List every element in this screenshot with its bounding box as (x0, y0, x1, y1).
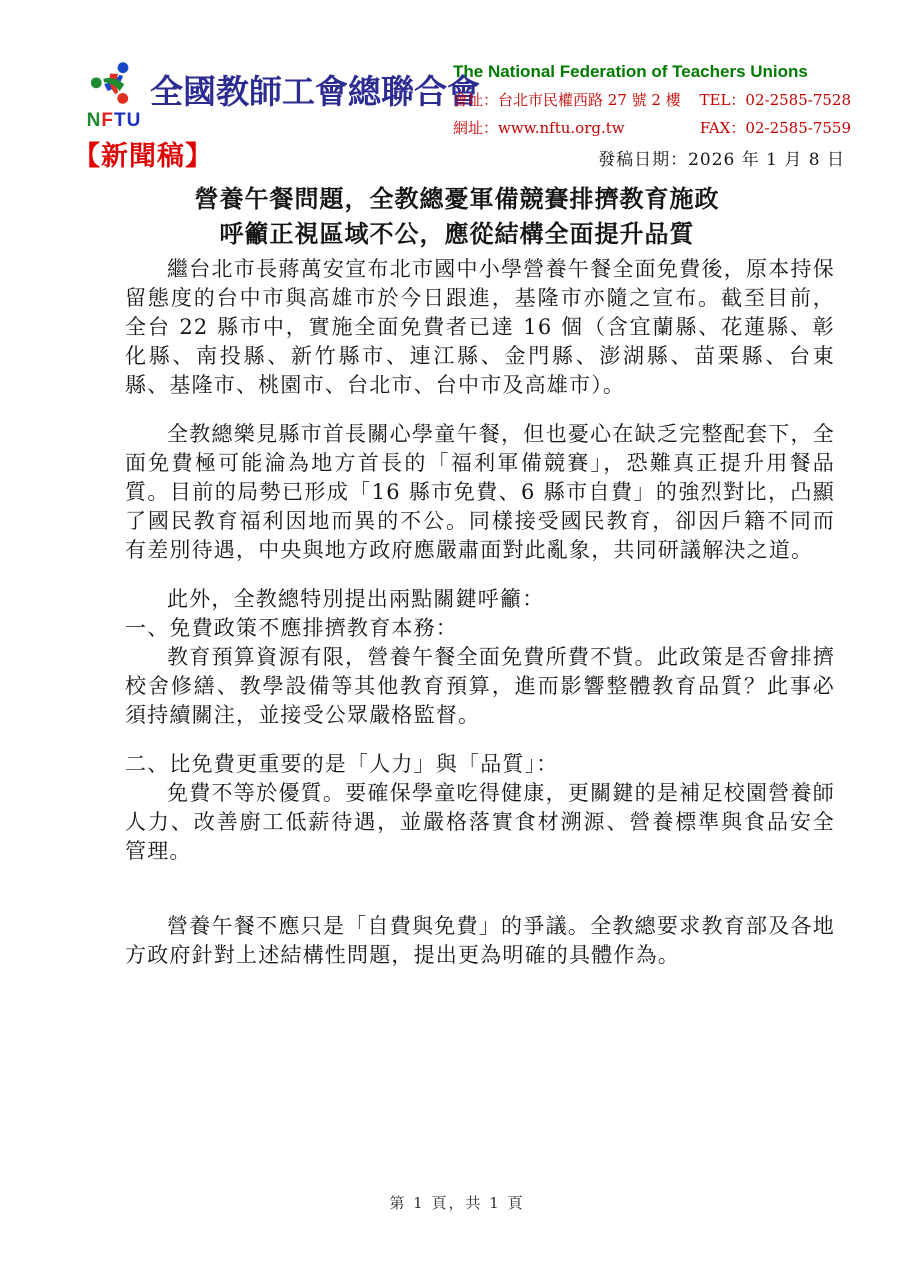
nftu-logo: NFTU (84, 56, 144, 130)
release-date: 發稿日期：2026 年 1 月 8 日 (598, 145, 845, 173)
nftu-letter: U (127, 110, 142, 131)
document-body: 繼台北市長蔣萬安宣布北市國中小學營養午餐全面免費後，原本持保留態度的台中市與高雄… (125, 255, 835, 970)
heading-point-2: 二、比免費更重要的是「人力」與「品質」： (125, 750, 835, 779)
press-release-tag: 【新聞稿】 (73, 134, 213, 173)
press-release-page: NFTU 全國教師工會總聯合會 The National Federation … (0, 0, 914, 1280)
paragraph-point-1: 教育預算資源有限，營養午餐全面免費所費不貲。此政策是否會排擠校舍修繕、教學設備等… (125, 643, 835, 730)
org-address: 會址：台北市民權西路 27 號 2 樓 (453, 89, 681, 110)
nftu-acronym: NFTU (84, 111, 144, 130)
nftu-logo-icon (87, 56, 141, 110)
nftu-letter: N (87, 110, 102, 131)
page-number: 第 1 頁，共 1 頁 (0, 1192, 914, 1213)
paragraph-concern: 全教總樂見縣市首長關心學童午餐，但也憂心在缺乏完整配套下，全面免費極可能淪為地方… (125, 420, 835, 565)
org-name-en: The National Federation of Teachers Unio… (453, 62, 851, 82)
paragraph-conclusion: 營養午餐不應只是「自費與免費」的爭議。全教總要求教育部及各地方政府針對上述結構性… (125, 912, 835, 970)
paragraph-intro: 繼台北市長蔣萬安宣布北市國中小學營養午餐全面免費後，原本持保留態度的台中市與高雄… (125, 255, 835, 400)
contact-row-1: 會址：台北市民權西路 27 號 2 樓 TEL：02-2585-7528 (453, 89, 851, 110)
nftu-letter: T (114, 110, 127, 131)
press-release-meta-row: 【新聞稿】 發稿日期：2026 年 1 月 8 日 (73, 134, 845, 173)
document-title-line1: 營養午餐問題，全教總憂軍備競賽排擠教育施政 (0, 181, 914, 216)
paragraph-point-2: 免費不等於優質。要確保學童吃得健康，更關鍵的是補足校園營養師人力、改善廚工低薪待… (125, 779, 835, 866)
heading-point-1: 一、免費政策不應排擠教育本務： (125, 614, 835, 643)
nftu-letter: F (101, 110, 114, 131)
org-tel: TEL：02-2585-7528 (700, 89, 852, 110)
header-contact-block: The National Federation of Teachers Unio… (453, 62, 851, 138)
document-title: 營養午餐問題，全教總憂軍備競賽排擠教育施政 呼籲正視區域不公，應從結構全面提升品… (0, 181, 914, 251)
paragraph-appeal-lead: 此外，全教總特別提出兩點關鍵呼籲： (125, 585, 835, 614)
document-title-line2: 呼籲正視區域不公，應從結構全面提升品質 (0, 216, 914, 251)
org-name-zh: 全國教師工會總聯合會 (150, 66, 480, 113)
